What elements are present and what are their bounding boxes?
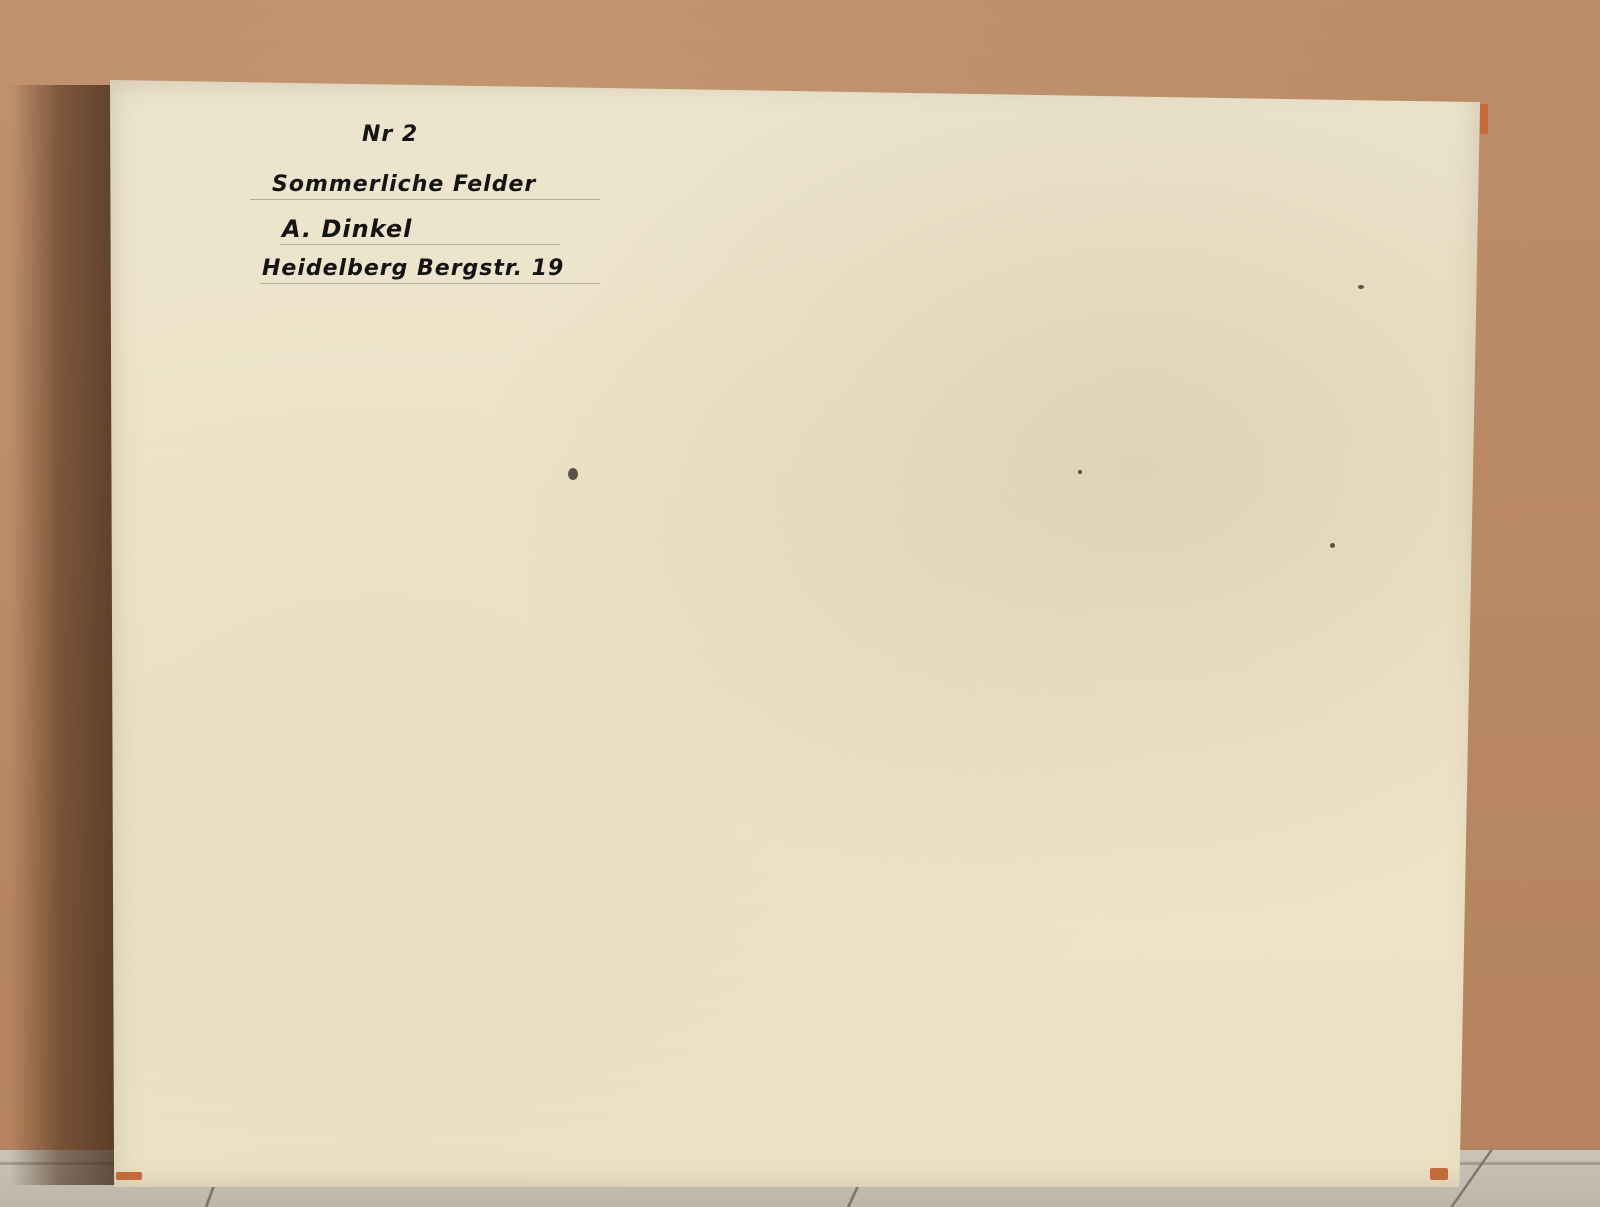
corner-paint-chip <box>1480 104 1488 134</box>
guide-line <box>250 199 600 200</box>
paint-speck <box>1330 543 1335 548</box>
inscription-number: Nr 2 <box>362 122 418 147</box>
inscription-artist: A. Dinkel <box>282 215 412 243</box>
inscription-address: Heidelberg Bergstr. 19 <box>262 256 564 281</box>
painted-board-back <box>110 80 1480 1187</box>
inscription-title: Sommerliche Felder <box>272 172 536 197</box>
corner-paint-chip <box>116 1172 142 1180</box>
guide-line <box>260 283 600 284</box>
board-shadow <box>10 85 120 1185</box>
corner-paint-chip <box>1430 1168 1448 1180</box>
paint-speck <box>568 468 578 480</box>
paint-speck <box>1358 285 1364 289</box>
guide-line <box>280 244 560 245</box>
paint-speck <box>1078 470 1082 474</box>
